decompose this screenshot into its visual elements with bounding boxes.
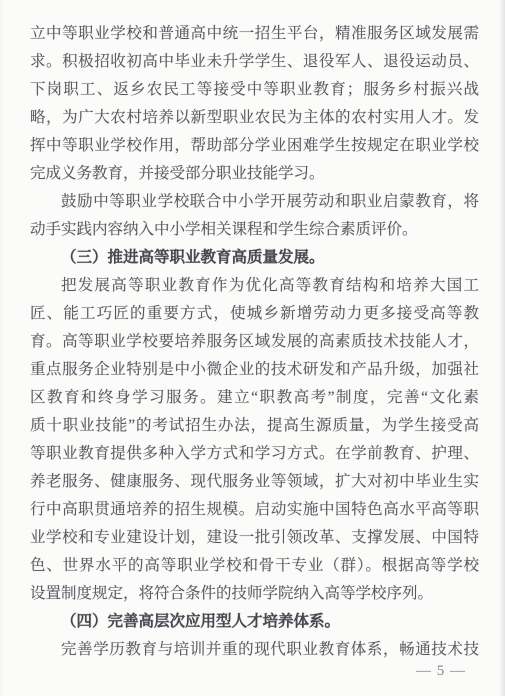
text-line: 设置制度规定，将符合条件的技师学院纳入高等学校序列。	[30, 580, 479, 608]
text-line: 完善学历教育与培训并重的现代职业教育体系，畅通技术技	[30, 636, 479, 664]
document-page: { "page": { "background": "#fbfbfa", "te…	[0, 0, 505, 696]
section-heading-line: （四）完善高层次应用型人才培养体系。	[30, 608, 479, 636]
text-line: 育。高等职业学校要培养服务区域发展的高素质技术技能人才，	[30, 328, 479, 356]
scan-edge-right	[499, 0, 505, 696]
text-line: 略，为广大农村培养以新型职业农民为主体的农村实用人才。发	[30, 104, 479, 132]
text-line: 养老服务、健康服务、现代服务业等领域，扩大对初中毕业生实	[30, 468, 479, 496]
text-line: 重点服务企业特别是中小微企业的技术研发和产品升级，加强社	[30, 356, 479, 384]
text-line: 求。积极招收初高中毕业未升学学生、退役军人、退役运动员、	[30, 48, 479, 76]
section-heading-line: （三）推进高等职业教育高质量发展。	[30, 244, 479, 272]
text-line: 行中高职贯通培养的招生规模。启动实施中国特色高水平高等职	[30, 496, 479, 524]
text-line: 质十职业技能”的考试招生办法，提高生源质量，为学生接受高	[30, 412, 479, 440]
text-line: 鼓励中等职业学校联合中小学开展劳动和职业启蒙教育，将	[30, 188, 479, 216]
text-line: 把发展高等职业教育作为优化高等教育结构和培养大国工	[30, 272, 479, 300]
document-text-block: 立中等职业学校和普通高中统一招生平台，精准服务区域发展需求。积极招收初高中毕业未…	[30, 20, 479, 664]
text-line: 匠、能工巧匠的重要方式，使城乡新增劳动力更多接受高等教	[30, 300, 479, 328]
text-line: 挥中等职业学校作用，帮助部分学业困难学生按规定在职业学校	[30, 132, 479, 160]
text-line: 立中等职业学校和普通高中统一招生平台，精准服务区域发展需	[30, 20, 479, 48]
text-line: 动手实践内容纳入中小学相关课程和学生综合素质评价。	[30, 216, 479, 244]
text-line: 下岗职工、返乡农民工等接受中等职业教育；服务乡村振兴战	[30, 76, 479, 104]
text-line: 等职业教育提供多种入学方式和学习方式。在学前教育、护理、	[30, 440, 479, 468]
page-number: — 5 —	[416, 662, 466, 680]
text-line: 色、世界水平的高等职业学校和骨干专业（群）。根据高等学校	[30, 552, 479, 580]
scan-edge-left	[0, 0, 3, 696]
text-line: 业学校和专业建设计划，建设一批引领改革、支撑发展、中国特	[30, 524, 479, 552]
text-line: 区教育和终身学习服务。建立“职教高考”制度，完善“文化素	[30, 384, 479, 412]
text-line: 完成义务教育，并接受部分职业技能学习。	[30, 160, 479, 188]
